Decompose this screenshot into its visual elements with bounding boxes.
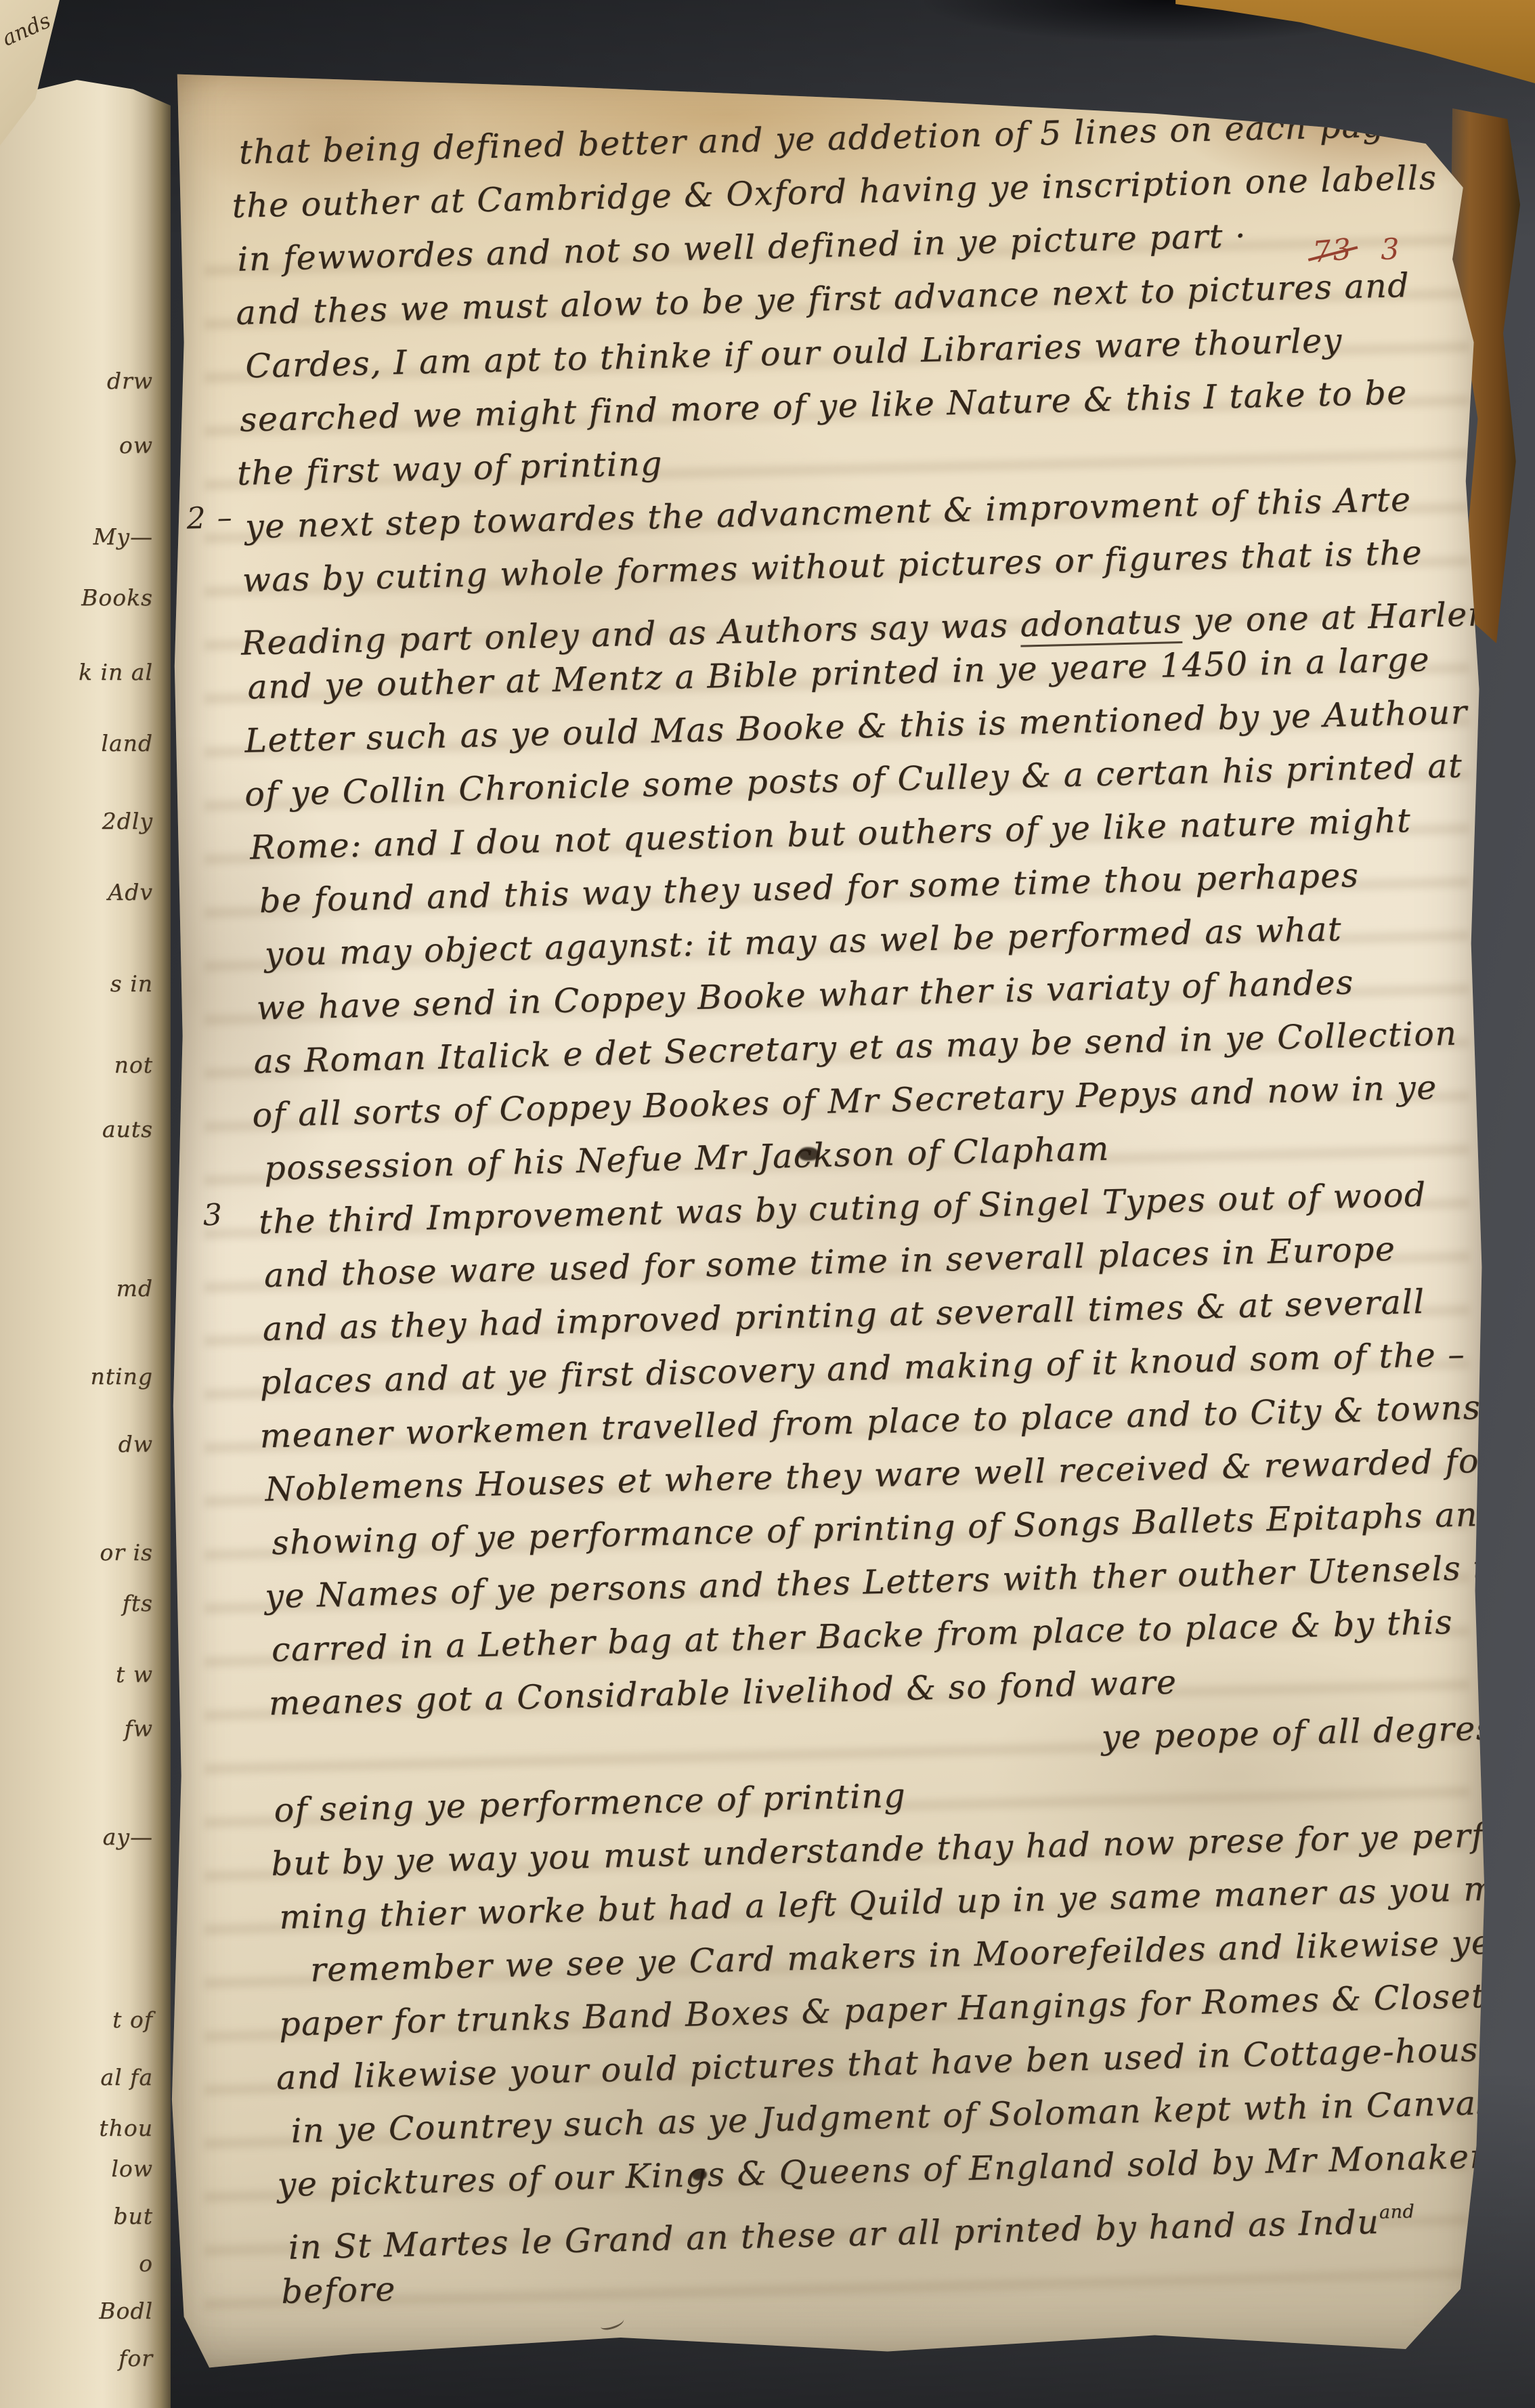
handwritten-text-block: 2 – 3 that being defined better and ye a… (229, 97, 1507, 2319)
pen-tick-mark (599, 2315, 625, 2331)
facing-page-fragment: Adv (108, 879, 153, 905)
superscript-correction: and (1379, 2201, 1415, 2223)
section-number-3: 3 (202, 1198, 223, 1233)
facing-page-fragment: or is (100, 1539, 153, 1566)
ink-blot (799, 1147, 819, 1161)
facing-page-fragment: al fa (100, 2064, 153, 2090)
facing-page-fragment: 2dly (102, 808, 153, 834)
facing-page-fragment: ands (0, 8, 54, 51)
facing-page-fragment: ow (119, 432, 153, 458)
facing-page-fragment: fw (125, 1715, 153, 1742)
facing-page-fragment: t w (116, 1661, 153, 1687)
facing-page-fragment: Books (81, 584, 153, 611)
section-number-2: 2 – (186, 500, 234, 536)
facing-page-fragment: but (113, 2203, 153, 2229)
facing-page-fragment: thou (99, 2115, 153, 2141)
facing-page-fragment: o (139, 2250, 153, 2277)
facing-page-fragment: for (118, 2345, 153, 2371)
facing-page-fragment: Bodl (99, 2298, 153, 2324)
facing-page-fragment: t of (112, 2006, 153, 2033)
facing-page-edge: drw ow My— Books k in al land 2dly Adv s… (0, 80, 171, 2408)
facing-page-fragment: auts (102, 1116, 153, 1142)
facing-page-fragment: nting (91, 1363, 153, 1390)
facing-page-fragment: ay— (103, 1824, 153, 1850)
facing-page-fragment: low (111, 2155, 153, 2182)
facing-page-fragment: fts (123, 1590, 153, 1616)
facing-page-fragment: dw (118, 1431, 153, 1457)
facing-page-fragment: k in al (79, 659, 153, 685)
manuscript-page: 2 – 3 that being defined better and ye a… (167, 65, 1502, 2377)
facing-page-fragment: My— (93, 523, 153, 550)
facing-page-fragment: md (116, 1275, 153, 1302)
facing-page-fragment: s in (110, 970, 153, 997)
facing-page-fragment: not (114, 1052, 153, 1078)
facing-page-fragment: drw (107, 368, 153, 394)
facing-page-fragment: land (101, 730, 153, 756)
manuscript-photo: drw ow My— Books k in al land 2dly Adv s… (0, 0, 1535, 2408)
